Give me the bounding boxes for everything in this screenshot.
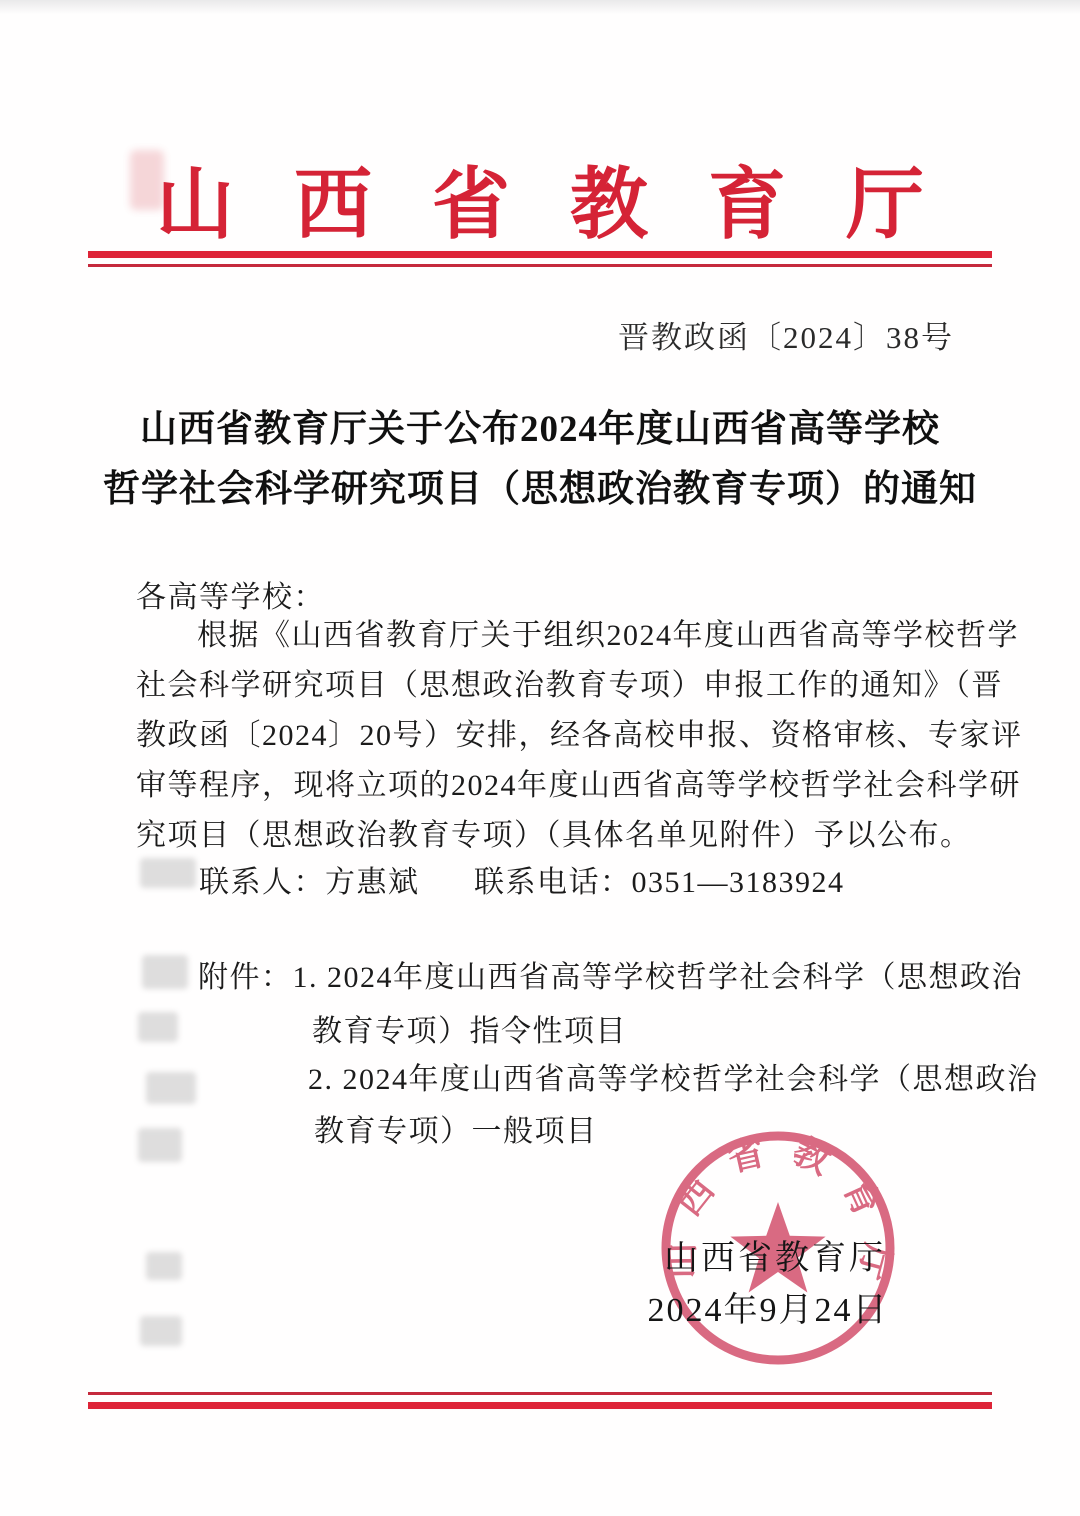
notice-title-line1: 山西省教育厅关于公布2024年度山西省高等学校 [0, 398, 1080, 452]
bleed-mark [140, 858, 196, 888]
body-line: 教政函〔2024〕20号）安排，经各高校申报、资格审核、专家评 [136, 710, 1023, 754]
scan-smudge-top [0, 0, 1080, 16]
attachment-line: 教育专项）一般项目 [314, 1106, 598, 1150]
bleed-mark [138, 1128, 182, 1162]
bleed-mark [138, 1012, 178, 1042]
signature-date: 2024年9月24日 [618, 1282, 918, 1331]
letterhead-rule-thin [88, 264, 992, 267]
body-line: 根据《山西省教育厅关于组织2024年度山西省高等学校哲学 [197, 610, 1019, 654]
letterhead-rule-thick [88, 251, 992, 258]
contact-person: 联系人：方惠斌 [199, 857, 420, 901]
signature-agency: 山西省教育厅 [640, 1230, 910, 1279]
body-line: 究项目（思想政治教育专项）（具体名单见附件）予以公布。 [136, 810, 972, 854]
attachment-line: 2. 2024年度山西省高等学校哲学社会科学（思想政治 [308, 1054, 1039, 1098]
footer-rule-thin [88, 1392, 992, 1395]
doc-number: 晋教政函〔2024〕38号 [618, 312, 954, 357]
contact-phone: 联系电话：0351—3183924 [474, 857, 845, 901]
bleed-mark [142, 955, 188, 989]
body-line: 审等程序，现将立项的2024年度山西省高等学校哲学社会科学研 [136, 760, 1021, 804]
letterhead-agency-title: 山西省教育厅 [0, 142, 1080, 254]
bleed-mark [140, 1316, 182, 1346]
notice-title-line2: 哲学社会科学研究项目（思想政治教育专项）的通知 [0, 458, 1080, 512]
bleed-mark [146, 1252, 182, 1280]
footer-rule-thick [88, 1402, 992, 1409]
bleed-mark [146, 1072, 196, 1104]
attachment-line: 附件：1. 2024年度山西省高等学校哲学社会科学（思想政治 [198, 952, 1023, 996]
document-page: 山西省教育厅 晋教政函〔2024〕38号 山西省教育厅关于公布2024年度山西省… [0, 0, 1080, 1516]
attachment-line: 教育专项）指令性项目 [312, 1006, 627, 1050]
body-line: 社会科学研究项目（思想政治教育专项）申报工作的通知》（晋 [136, 660, 1003, 704]
